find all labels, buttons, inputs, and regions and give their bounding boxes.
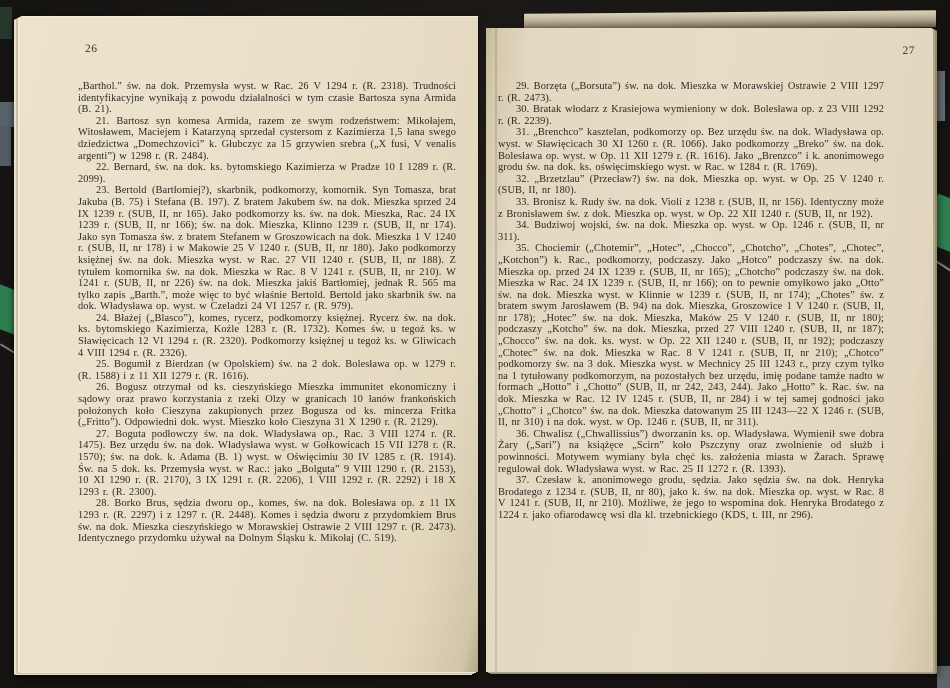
paragraph-entry-33: 33. Bronisz k. Rudy św. na dok. Violi z … — [498, 197, 884, 220]
paragraph-entry-26: 26. Bogusz otrzymał od ks. cieszyńskiego… — [78, 382, 456, 428]
paragraph-entry-22: 22. Bernard, św. na dok. ks. bytomskiego… — [78, 162, 456, 185]
paragraph-continuation: „Barthol.” św. na dok. Przemysła wyst. w… — [78, 81, 456, 116]
cover-green-patch-top-left — [0, 7, 12, 39]
page-number-left: 26 — [78, 43, 456, 55]
cover-grey-mark-left-bottom — [0, 126, 11, 166]
paragraph-entry-34: 34. Budziwoj wojski, św. na dok. Mieszka… — [498, 220, 884, 243]
paragraph-entry-24: 24. Błażej („Blasco”), komes, rycerz, po… — [78, 313, 456, 359]
cover-grey-mark-bottom-right — [937, 666, 950, 688]
paragraph-entry-31: 31. „Brenchco” kasztelan, podkomorzy op.… — [498, 127, 884, 173]
paragraph-entry-21: 21. Bartosz syn komesa Armida, razem ze … — [78, 116, 456, 162]
paragraph-entry-27: 27. Boguta podłowczy św. na dok. Władysł… — [78, 429, 456, 499]
cover-scratch-right — [934, 259, 950, 275]
paragraph-entry-29: 29. Borzęta („Borsuta”) św. na dok. Mies… — [498, 81, 884, 104]
right-page: 27 29. Borzęta („Borsuta”) św. na dok. M… — [486, 28, 933, 672]
book-scan: 26 „Barthol.” św. na dok. Przemysła wyst… — [0, 0, 950, 688]
left-page: 26 „Barthol.” św. na dok. Przemysła wyst… — [20, 16, 478, 672]
paragraph-entry-36: 36. Chwalisz („Chwallissius”) dworzanin … — [498, 429, 884, 475]
paragraph-entry-28: 28. Borko Brus, sędzia dworu op., komes,… — [78, 498, 456, 544]
page-number-right: 27 — [498, 45, 915, 57]
cover-grey-mark-right — [934, 71, 945, 121]
paragraph-entry-25: 25. Bogumił z Bierdzan (w Opolskiem) św.… — [78, 359, 456, 382]
paragraph-entry-37: 37. Czesław k. anonimowego grodu, sędzia… — [498, 475, 884, 521]
paragraph-entry-23: 23. Bertold (Bartłomiej?), skarbnik, pod… — [78, 185, 456, 313]
paragraph-entry-35: 35. Chociemir („Chotemir”, „Hotec”, „Cho… — [498, 243, 884, 429]
paragraph-entry-30: 30. Bratak włodarz z Krasiejowa wymienio… — [498, 104, 884, 127]
paragraph-entry-32: 32. „Brzetzlau” (Przecław?) św. na dok. … — [498, 174, 884, 197]
